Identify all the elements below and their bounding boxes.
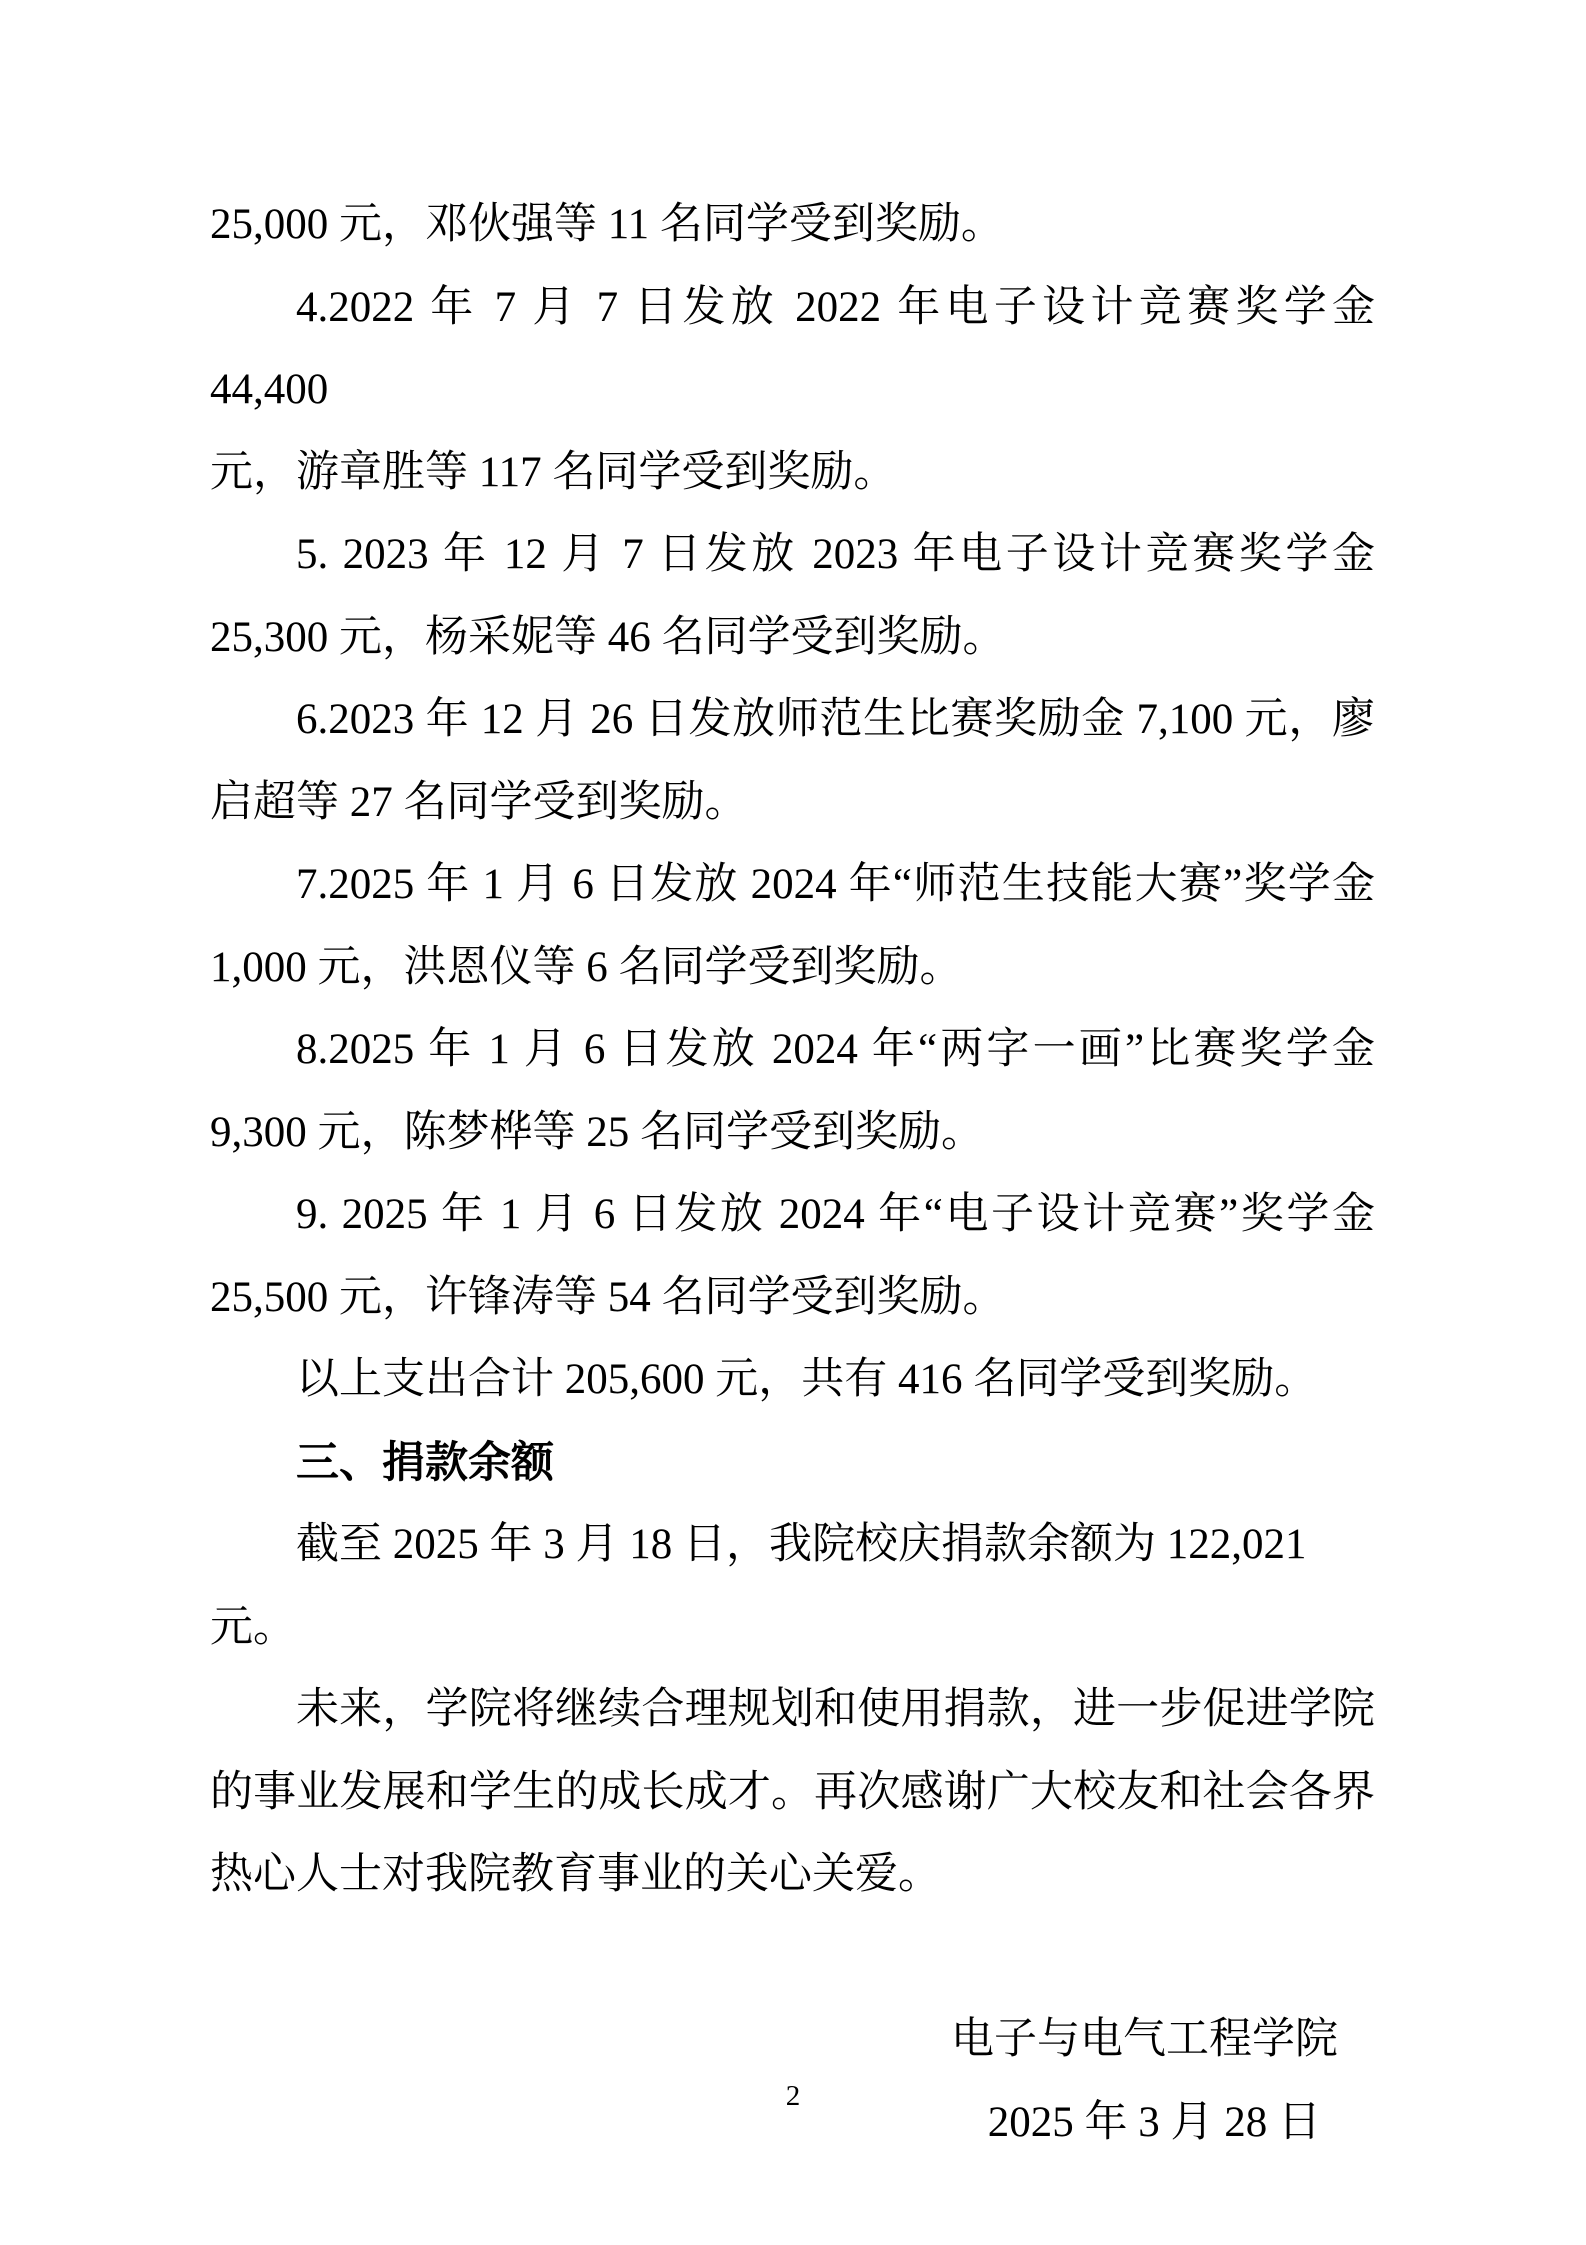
body-line-total-summary: 以上支出合计 205,600 元，共有 416 名同学受到奖励。 xyxy=(210,1339,1375,1422)
signature-unit-name: 电子与电气工程学院 xyxy=(210,1999,1375,2082)
document-page: 25,000 元，邓伙强等 11 名同学受到奖励。 4.2022 年 7 月 7… xyxy=(0,0,1586,2245)
section-heading-donation-balance: 三、捐款余额 xyxy=(210,1422,1375,1505)
document-body: 25,000 元，邓伙强等 11 名同学受到奖励。 4.2022 年 7 月 7… xyxy=(210,184,1375,2164)
body-line: 8.2025 年 1 月 6 日发放 2024 年“两字一画”比赛奖学金 xyxy=(210,1009,1375,1092)
body-line: 9. 2025 年 1 月 6 日发放 2024 年“电子设计竞赛”奖学金 xyxy=(210,1174,1375,1257)
body-line: 6.2023 年 12 月 26 日发放师范生比赛奖励金 7,100 元，廖 xyxy=(210,679,1375,762)
body-line: 25,000 元，邓伙强等 11 名同学受到奖励。 xyxy=(210,184,1375,267)
body-line: 25,500 元，许锋涛等 54 名同学受到奖励。 xyxy=(210,1257,1375,1340)
body-line: 4.2022 年 7 月 7 日发放 2022 年电子设计竞赛奖学金 44,40… xyxy=(210,267,1375,432)
body-line: 未来，学院将继续合理规划和使用捐款，进一步促进学院 xyxy=(210,1669,1375,1752)
body-line: 7.2025 年 1 月 6 日发放 2024 年“师范生技能大赛”奖学金 xyxy=(210,844,1375,927)
body-line: 热心人士对我院教育事业的关心关爱。 xyxy=(210,1834,1375,1917)
body-line: 5. 2023 年 12 月 7 日发放 2023 年电子设计竞赛奖学金 xyxy=(210,514,1375,597)
body-line: 25,300 元，杨采妮等 46 名同学受到奖励。 xyxy=(210,597,1375,680)
page-number: 2 xyxy=(0,2082,1586,2111)
body-line: 9,300 元，陈梦桦等 25 名同学受到奖励。 xyxy=(210,1092,1375,1175)
body-line: 1,000 元，洪恩仪等 6 名同学受到奖励。 xyxy=(210,927,1375,1010)
body-line: 元，游章胜等 117 名同学受到奖励。 xyxy=(210,432,1375,515)
body-line: 启超等 27 名同学受到奖励。 xyxy=(210,762,1375,845)
body-line-balance-statement: 截至 2025 年 3 月 18 日，我院校庆捐款余额为 122,021 元。 xyxy=(210,1504,1375,1669)
blank-line xyxy=(210,1917,1375,2000)
body-line: 的事业发展和学生的成长成才。再次感谢广大校友和社会各界 xyxy=(210,1752,1375,1835)
